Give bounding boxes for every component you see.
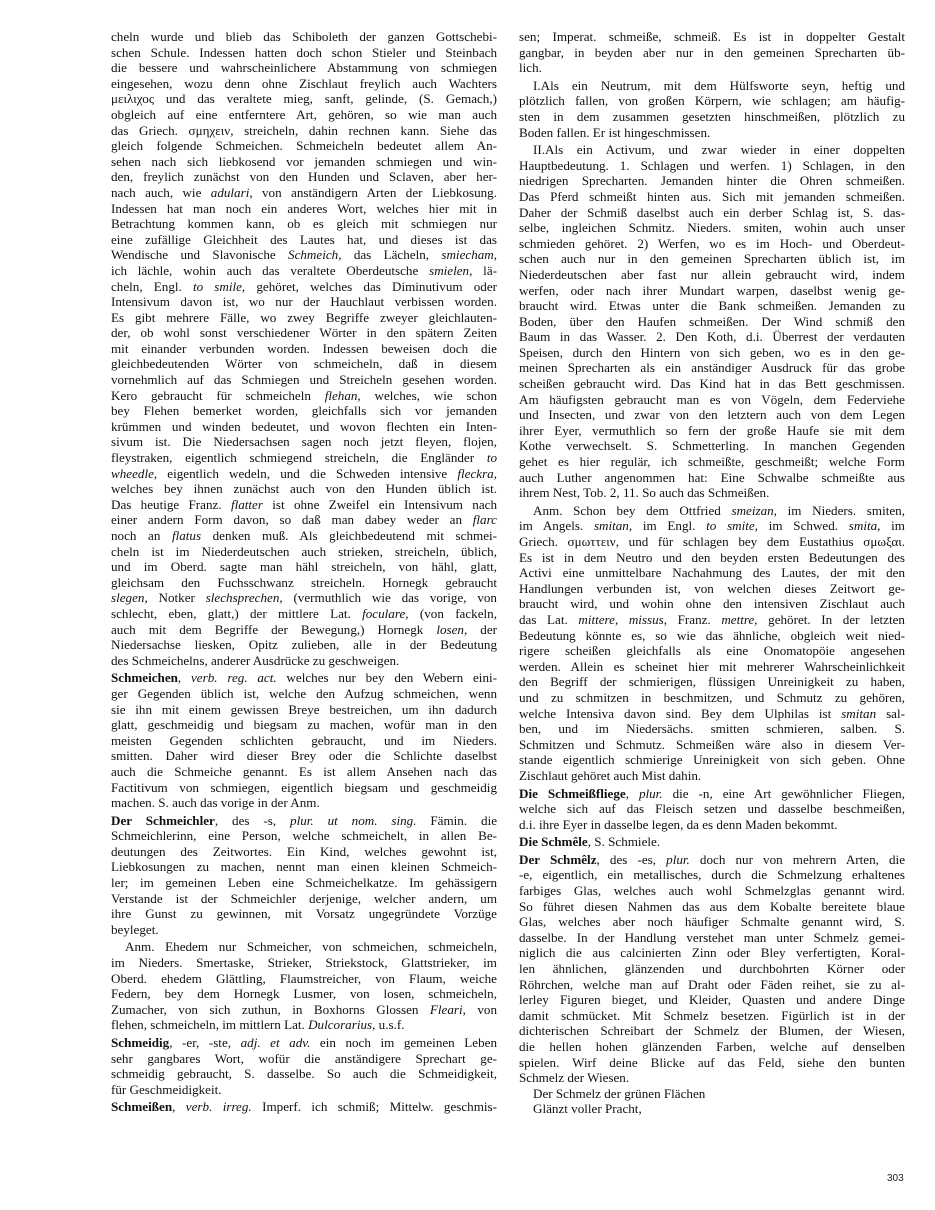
text-line: welche Intensiva davon sind. Bey dem Ulp… — [519, 706, 905, 722]
text-line: Bedeutung könnte es, so wie das ähnliche… — [519, 628, 905, 644]
text-line: und im Oberd. sagte man hähl streicheln,… — [111, 559, 497, 575]
text-line: ihrem Nest, Tob. 2, 11. So auch das Schm… — [519, 485, 905, 501]
text-line: wheedle, eigentlich wedeln, und die Schw… — [111, 466, 497, 482]
text-line: d.i. ihre Eyer in dasselbe legen, da es … — [519, 817, 905, 833]
text-line: gleich folgende Schmeichen. Schmeicheln … — [111, 138, 497, 154]
right-column: sen; Imperat. schmeiße, schmeiß. Es ist … — [519, 29, 905, 1117]
text-line: Das Pferd schmeißt hinten aus. Sich mit … — [519, 189, 905, 205]
text-line: eingesehen, wozu denn ohne Zischlaut fre… — [111, 76, 497, 92]
text-line: Betrachtung kommen kann, ob es gleich mi… — [111, 216, 497, 232]
text-line: welches bey ihnen zunächst auch von den … — [111, 481, 497, 497]
text-line: den Begriff der schmierigen, flüssigen U… — [519, 674, 905, 690]
text-line: schmeidig gebraucht, S. dasselbe. So auc… — [111, 1066, 497, 1082]
text-line: im Nieders. Smertaske, Strieker, Strieks… — [111, 955, 497, 971]
text-line: Schmitzen und Schmutz. Schmeißen wäre al… — [519, 737, 905, 753]
text-line: krümmen und winden bedeutet, und wovon f… — [111, 419, 497, 435]
text-line: plötzlich fallen, von großen Körpern, wi… — [519, 93, 905, 109]
text-line: Schmelz der Wiesen. — [519, 1070, 905, 1086]
text-line: auch mit dem Begriffe der Bewegung,) Hor… — [111, 622, 497, 638]
text-line: das Griech. σμηχειν, streicheln, dahin r… — [111, 123, 497, 139]
text-line: braucht wird, und wohin ohne den intensi… — [519, 596, 905, 612]
text-line: Wendische und Slavonische Schmeich, das … — [111, 247, 497, 263]
text-line: schen Schule. Indessen hatten doch schon… — [111, 45, 497, 61]
text-line: II.Als ein Activum, und zwar wieder in e… — [519, 142, 905, 158]
text-line: damit schmücket. Mit Schmelz besetzen. F… — [519, 1008, 905, 1024]
text-line: Verstande ist der Schmeichler derjenige,… — [111, 891, 497, 907]
text-line: für Geschmeidigkeit. — [111, 1082, 497, 1098]
text-line: Kero gebraucht für schmeicheln flehan, w… — [111, 388, 497, 404]
text-line: Indessen hat man noch ein anderes Wort, … — [111, 201, 497, 217]
text-line: auch die Schmeiche genannt. Es ist allem… — [111, 764, 497, 780]
text-line: deutungen des Zeitwortes. Ein Kind, welc… — [111, 844, 497, 860]
text-line: Niederdeutschen aber fast nur allein geb… — [519, 267, 905, 283]
text-line: rigere scheißen gleichfalls als eine Ono… — [519, 643, 905, 659]
text-line: auch Luther angenommen hat: Eine Schwalb… — [519, 470, 905, 486]
text-line: vornehmlich auf das Schmiegen und Streic… — [111, 372, 497, 388]
text-line: eine zufällige Gleichheit des Lautes hat… — [111, 232, 497, 248]
text-line: Der Schmelz der grünen Flächen — [519, 1086, 905, 1102]
text-line: Schmeidig, -er, -ste, adj. et adv. ein n… — [111, 1035, 497, 1051]
text-line: gehet es hier regulär, ich schmeißte, ge… — [519, 454, 905, 470]
text-line: Federn, bey dem Hornegk Lusmer, von lose… — [111, 986, 497, 1002]
text-line: Hauptbedeutung. 1. Schlagen und werfen. … — [519, 158, 905, 174]
text-line: μειλιχος und das veraltete mieg, sanft, … — [111, 91, 497, 107]
text-line: ihre Gunst zu gewinnen, mit Vorsatz unge… — [111, 906, 497, 922]
text-line: Röhrchen, welche man auf Draht oder Fäde… — [519, 977, 905, 993]
text-line: spielen. Wirf deine Blicke auf das Feld,… — [519, 1055, 905, 1071]
text-line: meinen Sprecharten als ein anständiger A… — [519, 360, 905, 376]
text-line: Die Schmeißfliege, plur. die -n, eine Ar… — [519, 786, 905, 802]
text-line: sie ihn mit einem gewissen Breye bestrei… — [111, 702, 497, 718]
text-line: Factitivum von schmiegen, eigentlich bie… — [111, 780, 497, 796]
text-line: einer andern Form davon, so daß man dabe… — [111, 512, 497, 528]
text-line: schlecht, eben, glatt,) der mittlere Lat… — [111, 606, 497, 622]
text-line: ich lächle, wohin auch das veraltete Obe… — [111, 263, 497, 279]
text-line: Niedersachse liesken, Opitz zulieben, al… — [111, 637, 497, 653]
text-line: nach auch, wie adulari, von anständigern… — [111, 185, 497, 201]
text-line: der, ob wohl sonst verschiedener Wörter … — [111, 325, 497, 341]
text-line: werfen, oder nach ihrer Mundart warpen, … — [519, 283, 905, 299]
text-line: Zischlaut gehöret auch Mist dahin. — [519, 768, 905, 784]
text-line: schen auch nur in den gemeinen Sprechart… — [519, 251, 905, 267]
text-line: Handlungen verbunden ist, von welchen di… — [519, 581, 905, 597]
text-line: Speisen, durch den Hintern von sich gebe… — [519, 345, 905, 361]
text-line: Das heutige Franz. flatter ist ohne Zwei… — [111, 497, 497, 513]
text-line: glatt, geschmeidig und biegsam zu machen… — [111, 717, 497, 733]
text-line: gangbar, in beyden aber nur in den gemei… — [519, 45, 905, 61]
text-line: sen; Imperat. schmeiße, schmeiß. Es ist … — [519, 29, 905, 45]
text-line: beyleget. — [111, 922, 497, 938]
text-line: ler; im gemeinen Leben eine Schmeichelka… — [111, 875, 497, 891]
text-line: Anm. Ehedem nur Schmeicher, von schmeich… — [111, 939, 497, 955]
text-line: lerley Figuren bieget, und Kleider, Quas… — [519, 992, 905, 1008]
text-line: und Insecten, und zwar von den letztern … — [519, 407, 905, 423]
text-line: die bessere und wahrscheinlichere Abstam… — [111, 60, 497, 76]
text-line: Daher der Schmiß daselbst auch ein derbe… — [519, 205, 905, 221]
text-line: sehen nach sich liebkosend vor jemanden … — [111, 154, 497, 170]
text-line: I.Als ein Neutrum, mit dem Hülfsworte se… — [519, 78, 905, 94]
text-line: das Lat. mittere, missus, Franz. mettre,… — [519, 612, 905, 628]
text-line: Es ist in dem Neutro und den beyden erst… — [519, 550, 905, 566]
text-line: gleichsam den Fuchsschwanz streicheln. H… — [111, 575, 497, 591]
text-line: ihrer Eyer, vermuthlich so fern der groß… — [519, 423, 905, 439]
text-line: len ähnlichen, glänzenden und durchbohrt… — [519, 961, 905, 977]
text-line: Baum in das Wasser. 2. Den Koth, d.i. Üb… — [519, 329, 905, 345]
left-column: cheln wurde und blieb das Schiboleth der… — [111, 29, 497, 1115]
text-line: mit einander verbunden worden. Indessen … — [111, 341, 497, 357]
text-line: sivum ist. Die Niedersachsen sagen noch … — [111, 434, 497, 450]
text-line: werden. Allein es scheinet hier mit mehr… — [519, 659, 905, 675]
text-line: des Schmeichelns, anderer Ausdrücke zu g… — [111, 653, 497, 669]
text-line: Activi eine unmittelbare Nachahmung des … — [519, 565, 905, 581]
text-line: sehr gangbares Wort, wofür die anständig… — [111, 1051, 497, 1067]
text-line: lich. — [519, 60, 905, 76]
text-line: cheln ist im Niederdeutschen auch striek… — [111, 544, 497, 560]
text-line: Schmeichen, verb. reg. act. welches nur … — [111, 670, 497, 686]
text-line: dichterischen Schreibart der Schmelz der… — [519, 1023, 905, 1039]
text-line: cheln, Engl. to smile, gehöret, welches … — [111, 279, 497, 295]
text-line: Boden, über den Haufen schmeißen. Der Wi… — [519, 314, 905, 330]
text-line: gleichbedeutenden Wörter von schmeicheln… — [111, 356, 497, 372]
text-line: slegen, Notker slechsprechen, (vermuthli… — [111, 590, 497, 606]
text-line: Zumacher, von sich zuthun, in Boxhorns G… — [111, 1002, 497, 1018]
text-line: ben, und im Niedersächs. smitten schmier… — [519, 721, 905, 737]
text-line: Schmeißen, verb. irreg. Imperf. ich schm… — [111, 1099, 497, 1115]
text-line: Boden fallen. Er ist hingeschmissen. — [519, 125, 905, 141]
text-line: braucht wird. Etwas unter die Bank schme… — [519, 298, 905, 314]
text-line: Die Schmêle, S. Schmiele. — [519, 834, 905, 850]
text-line: Intensivum davon ist, wo nur der Hauchla… — [111, 294, 497, 310]
text-line: und zu schmitzen in beschmitzen, und Sch… — [519, 690, 905, 706]
text-line: ger Gegenden üblich ist, welche den Aufz… — [111, 686, 497, 702]
text-line: Glänzt voller Pracht, — [519, 1101, 905, 1117]
text-line: farbiges Glas, welches auch wohl Schmelz… — [519, 883, 905, 899]
text-line: stande eigentlich schmierige Unreinigkei… — [519, 752, 905, 768]
text-line: niedrigen Sprecharten. Jemanden hinter d… — [519, 173, 905, 189]
text-line: Der Schmeichler, des -s, plur. ut nom. s… — [111, 813, 497, 829]
text-line: noch an flatus denken muß. Als gleichbed… — [111, 528, 497, 544]
text-line: Oberd. ehedem Glättling, Flaumstreicher,… — [111, 971, 497, 987]
text-line: den, freylich zunächst von den Hunden un… — [111, 169, 497, 185]
text-line: sten in dem zusammen gesetzten hinschmei… — [519, 109, 905, 125]
text-line: scheißen gebraucht wird. Das Kind hat in… — [519, 376, 905, 392]
text-line: So führet diesen Nahmen das aus dem Koba… — [519, 899, 905, 915]
text-line: dasselbe. In der Handlung verstehet man … — [519, 930, 905, 946]
text-line: selbe, ingleichen Schmitz. Nieders. smit… — [519, 220, 905, 236]
text-line: Griech. σμωττειν, und für schlagen bey d… — [519, 534, 905, 550]
text-line: die hellen hohen glänzenden Farben, welc… — [519, 1039, 905, 1055]
text-line: Schmeichlerinn, eine Person, welche schm… — [111, 828, 497, 844]
text-line: Am häufigsten gebraucht man es von Vögel… — [519, 392, 905, 408]
text-line: fleystraken, eigentlich schmiegend strei… — [111, 450, 497, 466]
text-line: Glas, welches aber noch häufiger Schmalt… — [519, 914, 905, 930]
text-line: Der Schmêlz, des -es, plur. doch nur von… — [519, 852, 905, 868]
text-line: cheln wurde und blieb das Schiboleth der… — [111, 29, 497, 45]
text-line: Es gibt mehrere Fälle, wo zwey Begriffe … — [111, 310, 497, 326]
text-line: niglich die aus calcinierten Zinn oder B… — [519, 945, 905, 961]
text-line: Kothe verwechselt. S. Schmetterling. In … — [519, 438, 905, 454]
text-line: bey Flehen bemerket worden, gleichfalls … — [111, 403, 497, 419]
text-line: -e, eigentlich, ein metallisches, durch … — [519, 867, 905, 883]
text-line: meisten Gegenden schlichten gebraucht, u… — [111, 733, 497, 749]
text-line: machen. S. auch das vorige in der Anm. — [111, 795, 497, 811]
text-line: im Angels. smitan, im Engl. to smite, im… — [519, 518, 905, 534]
text-line: Anm. Schon bey dem Ottfried smeizan, im … — [519, 503, 905, 519]
text-line: Liebkosungen zu machen, nennt man einen … — [111, 859, 497, 875]
text-line: welche sich auf das Fleisch setzen und d… — [519, 801, 905, 817]
text-line: flehen, schmeicheln, im mittlern Lat. Du… — [111, 1017, 497, 1033]
page-number: 303 — [887, 1173, 904, 1184]
text-line: obgleich auf eine entferntere Art, gehör… — [111, 107, 497, 123]
text-line: schmieden gehöret. 2) Werfen, wo es im H… — [519, 236, 905, 252]
text-line: smitten. Daher wird dieser Brey oder die… — [111, 748, 497, 764]
